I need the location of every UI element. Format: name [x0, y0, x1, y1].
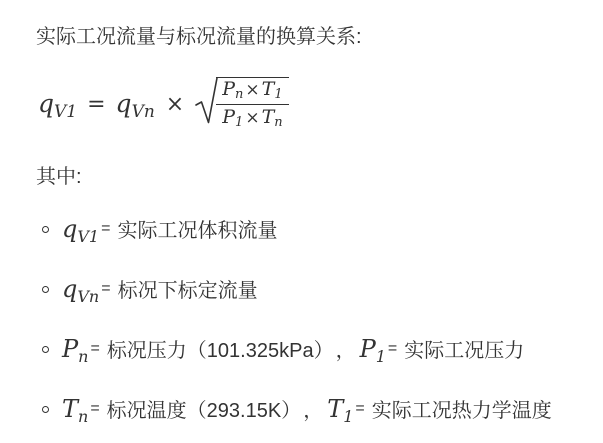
equals-sign: = [90, 340, 99, 358]
formula-lhs-variable: qV1 [38, 89, 77, 119]
definition-text: 实际工况体积流量 [117, 214, 277, 243]
conversion-formula: qV1 = qVn × Pn×T1 P1×Tn [38, 80, 593, 128]
equals-sign: = [355, 400, 364, 418]
var-T: T [262, 106, 275, 128]
list-item-qvn: qVn = 标况下标定流量 [42, 274, 593, 304]
var-q: q [38, 89, 54, 118]
comma-separator: ， [336, 334, 356, 363]
var-qvn: qVn [62, 275, 99, 304]
formula-rhs-variable: qVn [116, 89, 155, 119]
subscript-1: 1 [274, 84, 282, 106]
equals-sign: = [101, 220, 110, 238]
var-pn: Pn [62, 335, 88, 364]
var-P: P [62, 335, 78, 363]
bullet-circle-icon [42, 226, 49, 233]
subscript-1: 1 [376, 347, 386, 366]
document-page: 实际工况流量与标况流量的换算关系: qV1 = qVn × Pn×T1 P1×T… [0, 0, 603, 424]
list-item-temperature: Tn = 标况温度（293.15K） ， T1 = 实际工况热力学温度 [42, 394, 593, 424]
page-title: 实际工况流量与标况流量的换算关系: [36, 26, 593, 48]
bullet-circle-icon [42, 346, 49, 353]
numerator: Pn×T1 [216, 78, 288, 105]
subscript-n: n [78, 407, 88, 426]
comma-separator: ， [303, 394, 323, 423]
definition-text: 标况压力（101.325kPa） [107, 334, 334, 363]
var-q: q [62, 275, 77, 303]
bullet-circle-icon [42, 286, 49, 293]
var-q: q [116, 89, 132, 118]
multiplication-sign: × [245, 80, 259, 100]
subscript-V1: V1 [54, 102, 77, 122]
subscript-V1: V1 [77, 227, 99, 246]
denominator: P1×Tn [216, 105, 288, 131]
definition-text: 标况温度（293.15K） [107, 394, 302, 423]
bullet-circle-icon [42, 406, 49, 413]
equals-sign: = [87, 92, 105, 117]
subscript-1: 1 [235, 112, 243, 134]
subscript-Vn: Vn [132, 102, 155, 122]
subscript-n: n [78, 347, 88, 366]
definitions-list: qV1 = 实际工况体积流量 qVn = 标况下标定流量 Pn = 标况压力（1… [42, 214, 593, 424]
equals-sign: = [388, 340, 397, 358]
var-q: q [62, 215, 77, 243]
var-qv1: qV1 [62, 215, 99, 244]
var-T: T [62, 395, 78, 423]
list-item-pressure: Pn = 标况压力（101.325kPa） ， P1 = 实际工况压力 [42, 334, 593, 364]
equals-sign: = [101, 280, 110, 298]
var-T: T [327, 395, 343, 423]
multiplication-sign: × [245, 108, 259, 128]
equals-sign: = [90, 400, 99, 418]
list-item-qv1: qV1 = 实际工况体积流量 [42, 214, 593, 244]
definition-text: 实际工况热力学温度 [372, 394, 552, 423]
var-tn: Tn [62, 395, 88, 424]
subscript-n: n [274, 112, 282, 134]
radical-sign-icon [195, 77, 218, 125]
where-label: 其中: [36, 166, 593, 188]
var-t1: T1 [327, 395, 353, 424]
square-root-expression: Pn×T1 P1×Tn [195, 77, 288, 131]
definition-text: 实际工况压力 [404, 334, 524, 363]
var-P: P [360, 335, 376, 363]
var-P: P [222, 106, 235, 128]
var-p1: P1 [360, 335, 386, 364]
var-P: P [222, 78, 235, 100]
multiplication-sign: × [166, 92, 184, 117]
subscript-Vn: Vn [77, 287, 99, 306]
subscript-1: 1 [343, 407, 353, 426]
subscript-n: n [235, 84, 243, 106]
var-T: T [262, 78, 275, 100]
fraction: Pn×T1 P1×Tn [216, 77, 288, 131]
definition-text: 标况下标定流量 [118, 274, 258, 303]
